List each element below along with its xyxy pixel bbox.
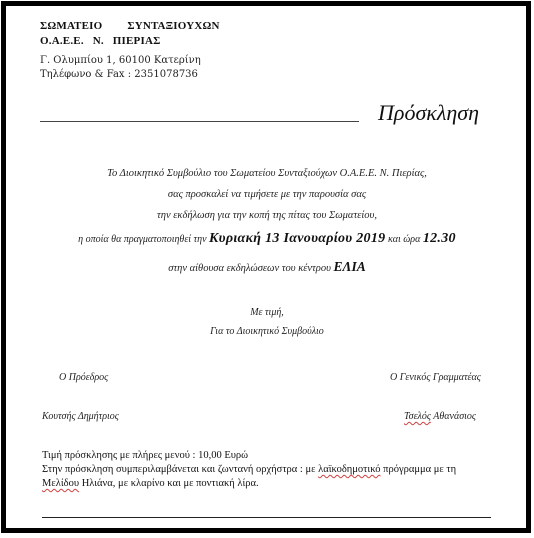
body-line-5: στην αίθουσα εκδηλώσεων του κέντρου ΕΛΙΑ bbox=[0, 259, 534, 275]
music-text: Στην πρόσκληση συμπεριλαμβάνεται και ζων… bbox=[42, 464, 318, 475]
president-name: Κουτσής Δημήτριος bbox=[42, 411, 119, 422]
time-intro: και ώρα bbox=[385, 234, 422, 245]
venue-intro: στην αίθουσα εκδηλώσεων του κέντρου bbox=[168, 263, 333, 274]
singer-rest: Ηλιάνα, με κλαρίνο και με ποντιακή λίρα. bbox=[79, 478, 259, 489]
music-note-line1: Στην πρόσκληση συμπεριλαμβάνεται και ζων… bbox=[42, 464, 456, 475]
event-venue: ΕΛΙΑ bbox=[334, 259, 366, 274]
body-line-3: την εκδήλωση για την κοπή της πίτας του … bbox=[0, 210, 534, 221]
footer-rule bbox=[42, 517, 491, 518]
price-note: Τιμή πρόσκλησης με πλήρες μενού : 10,00 … bbox=[42, 450, 248, 461]
closing-regards: Με τιμή, bbox=[0, 307, 534, 318]
singer-surname: Μελίδου bbox=[42, 478, 79, 489]
secretary-title: Ο Γενικός Γραμματέας bbox=[390, 372, 481, 383]
secretary-name: Τσελός Αθανάσιος bbox=[404, 411, 476, 422]
org-address: Γ. Ολυμπίου 1, 60100 Κατερίνη bbox=[40, 55, 201, 66]
body-line-1: Το Διοικητικό Συμβούλιο του Σωματείου Συ… bbox=[0, 168, 534, 179]
org-name-line1: ΣΩΜΑΤΕΙΟ ΣΥΝΤΑΞΙΟΥΧΩΝ bbox=[40, 20, 220, 32]
closing-on-behalf: Για το Διοικητικό Συμβούλιο bbox=[0, 326, 534, 337]
title-rule bbox=[40, 121, 359, 122]
music-note-line2: Μελίδου Ηλιάνα, με κλαρίνο και με ποντια… bbox=[42, 478, 259, 489]
event-time: 12.30 bbox=[423, 231, 456, 246]
org-name-line2: Ο.Α.Ε.Ε. Ν. ΠΙΕΡΙΑΣ bbox=[40, 35, 160, 47]
secretary-surname: Τσελός bbox=[404, 411, 431, 422]
music-genre: λαϊκοδημοτικό bbox=[318, 464, 380, 475]
org-phone: Τηλέφωνο & Fax : 2351078736 bbox=[40, 69, 198, 80]
body-line-2: σας προσκαλεί να τιμήσετε με την παρουσί… bbox=[0, 189, 534, 200]
president-title: Ο Πρόεδρος bbox=[59, 372, 108, 383]
secretary-firstname: Αθανάσιος bbox=[431, 411, 476, 422]
music-text-end: πρόγραμμα με τη bbox=[381, 464, 457, 475]
date-intro: η οποία θα πραγματοποιηθεί την bbox=[78, 234, 209, 245]
event-date: Κυριακή 13 Ιανουαρίου 2019 bbox=[209, 231, 385, 246]
body-line-4: η οποία θα πραγματοποιηθεί την Κυριακή 1… bbox=[0, 231, 534, 247]
document-title: Πρόσκληση bbox=[378, 100, 479, 126]
